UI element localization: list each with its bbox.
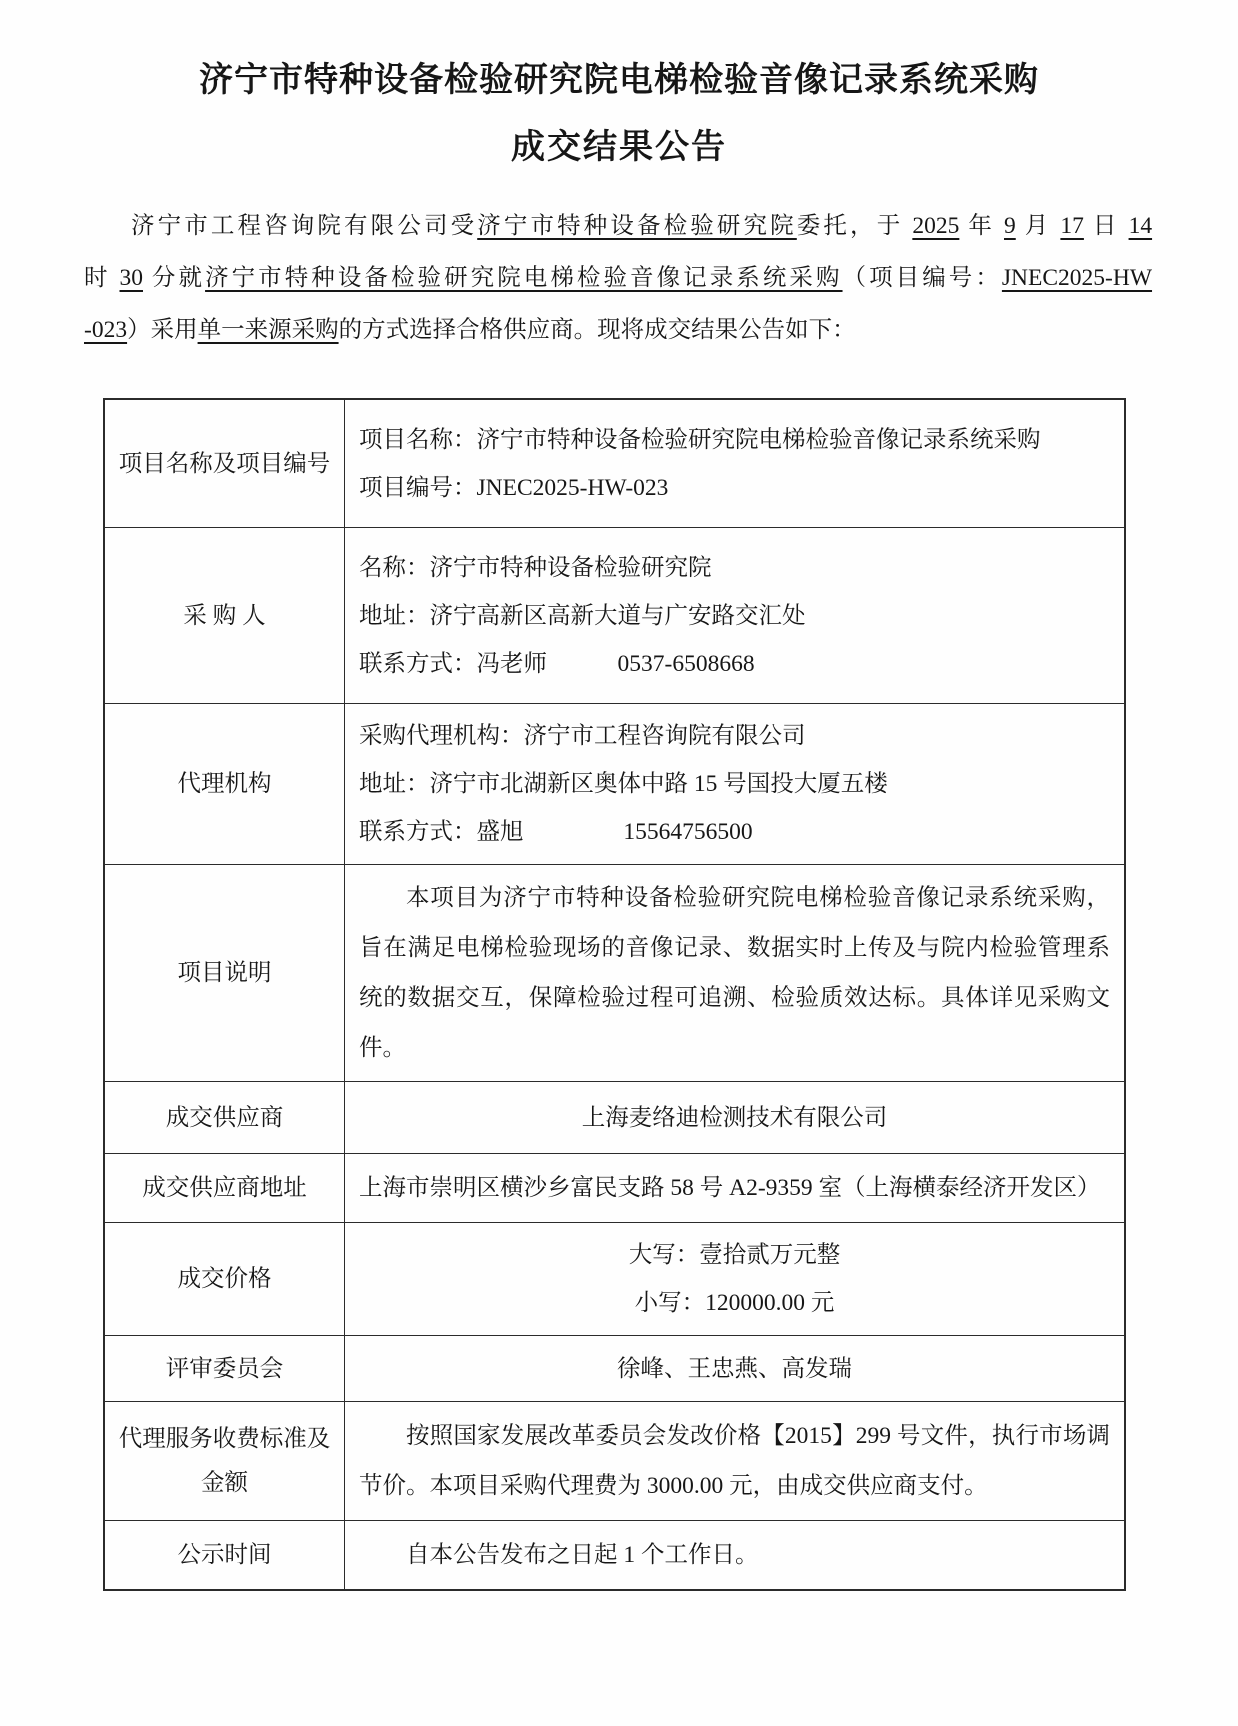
intro-underlined-text: 济宁市特种设备检验研究院 xyxy=(477,213,797,239)
price-in-words-line: 大写：壹拾贰万元整 xyxy=(629,1231,841,1279)
row-label: 公示时间 xyxy=(105,1521,345,1589)
row-label-text: 代理机构 xyxy=(178,762,272,806)
intro-text: 济宁市工程咨询院有限公司受 xyxy=(131,213,477,239)
document-title-line2: 成交结果公告 xyxy=(0,129,1238,167)
row-label: 采 购 人 xyxy=(105,528,345,703)
row-content: 本项目为济宁市特种设备检验研究院电梯检验音像记录系统采购，旨在满足电梯检验现场的… xyxy=(345,865,1124,1081)
intro-text: 的方式选择合格供应商。现将成交结果公告如下： xyxy=(339,317,856,343)
agency-contact-line: 联系方式：盛旭 15564756500 xyxy=(359,808,1110,856)
row-label: 代理机构 xyxy=(105,704,345,864)
document-page: 济宁市特种设备检验研究院电梯检验音像记录系统采购 成交结果公告 济宁市工程咨询院… xyxy=(0,0,1238,1726)
table-row-review-committee: 评审委员会 徐峰、王忠燕、高发瑞 xyxy=(105,1335,1124,1401)
row-label-text: 代理服务收费标准及 金额 xyxy=(119,1417,331,1505)
result-table: 项目名称及项目编号 项目名称：济宁市特种设备检验研究院电梯检验音像记录系统采购 … xyxy=(103,398,1126,1591)
intro-underlined-text: 17 xyxy=(1060,213,1084,239)
table-row-project-description: 项目说明 本项目为济宁市特种设备检验研究院电梯检验音像记录系统采购，旨在满足电梯… xyxy=(105,864,1124,1081)
document-title-line1: 济宁市特种设备检验研究院电梯检验音像记录系统采购 xyxy=(0,62,1238,100)
intro-underlined-text: -023 xyxy=(84,317,127,343)
project-description-paragraph: 本项目为济宁市特种设备检验研究院电梯检验音像记录系统采购，旨在满足电梯检验现场的… xyxy=(359,873,1110,1073)
table-row-supplier-address: 成交供应商地址 上海市崇明区横沙乡富民支路 58 号 A2-9359 室（上海横… xyxy=(105,1153,1124,1222)
intro-underlined-text: 单一来源采购 xyxy=(198,317,339,343)
row-label: 项目名称及项目编号 xyxy=(105,400,345,527)
row-content: 按照国家发展改革委员会发改价格【2015】299 号文件，执行市场调节价。本项目… xyxy=(345,1402,1124,1520)
row-label-text: 成交供应商地址 xyxy=(142,1166,307,1210)
table-row-purchaser: 采 购 人 名称：济宁市特种设备检验研究院 地址：济宁高新区高新大道与广安路交汇… xyxy=(105,527,1124,703)
row-label-text: 项目说明 xyxy=(178,951,272,995)
project-name-line: 项目名称：济宁市特种设备检验研究院电梯检验音像记录系统采购 xyxy=(359,416,1110,464)
table-row-agency: 代理机构 采购代理机构：济宁市工程咨询院有限公司 地址：济宁市北湖新区奥体中路 … xyxy=(105,703,1124,864)
purchaser-name-line: 名称：济宁市特种设备检验研究院 xyxy=(359,544,1110,592)
row-label-text: 项目名称及项目编号 xyxy=(119,442,331,486)
intro-line-3: -023）采用单一来源采购的方式选择合格供应商。现将成交结果公告如下： xyxy=(84,304,1152,356)
row-label: 成交价格 xyxy=(105,1223,345,1335)
row-content: 徐峰、王忠燕、高发瑞 xyxy=(345,1336,1124,1401)
intro-underlined-text: 30 xyxy=(120,265,144,291)
agency-address-line: 地址：济宁市北湖新区奥体中路 15 号国投大厦五楼 xyxy=(359,760,1110,808)
agency-fee-paragraph: 按照国家发展改革委员会发改价格【2015】299 号文件，执行市场调节价。本项目… xyxy=(359,1411,1110,1511)
table-row-deal-price: 成交价格 大写：壹拾贰万元整 小写：120000.00 元 xyxy=(105,1222,1124,1335)
row-label: 成交供应商地址 xyxy=(105,1154,345,1222)
intro-text: （项目编号： xyxy=(843,265,1002,291)
intro-line-1: 济宁市工程咨询院有限公司受济宁市特种设备检验研究院委托，于 2025 年 9 月… xyxy=(84,200,1152,252)
intro-underlined-text: 14 xyxy=(1129,213,1153,239)
intro-text: 年 xyxy=(959,213,1004,239)
row-content: 项目名称：济宁市特种设备检验研究院电梯检验音像记录系统采购 项目编号：JNEC2… xyxy=(345,400,1124,527)
row-content: 大写：壹拾贰万元整 小写：120000.00 元 xyxy=(345,1223,1124,1335)
price-in-figures-line: 小写：120000.00 元 xyxy=(635,1279,835,1327)
purchaser-contact-line: 联系方式：冯老师 0537-6508668 xyxy=(359,640,1110,688)
supplier-address-line: 上海市崇明区横沙乡富民支路 58 号 A2-9359 室（上海横泰经济开发区） xyxy=(359,1164,1110,1212)
intro-text: ）采用 xyxy=(127,317,198,343)
intro-underlined-text: JNEC2025-HW xyxy=(1002,265,1152,291)
row-label-text: 成交供应商 xyxy=(166,1096,284,1140)
table-row-agency-fee: 代理服务收费标准及 金额 按照国家发展改革委员会发改价格【2015】299 号文… xyxy=(105,1401,1124,1520)
intro-text: 委托，于 xyxy=(797,213,913,239)
publicity-period-line: 自本公告发布之日起 1 个工作日。 xyxy=(359,1531,1110,1579)
row-label: 评审委员会 xyxy=(105,1336,345,1401)
row-label: 项目说明 xyxy=(105,865,345,1081)
intro-underlined-text: 9 xyxy=(1004,213,1016,239)
agency-name-line: 采购代理机构：济宁市工程咨询院有限公司 xyxy=(359,712,1110,760)
row-label-text: 公示时间 xyxy=(178,1533,272,1577)
committee-members-line: 徐峰、王忠燕、高发瑞 xyxy=(617,1345,852,1393)
intro-text: 分就 xyxy=(143,265,205,291)
row-label: 代理服务收费标准及 金额 xyxy=(105,1402,345,1520)
row-content: 名称：济宁市特种设备检验研究院 地址：济宁高新区高新大道与广安路交汇处 联系方式… xyxy=(345,528,1124,703)
intro-underlined-text: 2025 xyxy=(912,213,959,239)
row-content: 上海市崇明区横沙乡富民支路 58 号 A2-9359 室（上海横泰经济开发区） xyxy=(345,1154,1124,1222)
table-row-publicity-period: 公示时间 自本公告发布之日起 1 个工作日。 xyxy=(105,1520,1124,1589)
row-label-text: 评审委员会 xyxy=(166,1347,284,1391)
intro-text: 月 xyxy=(1016,213,1061,239)
purchaser-address-line: 地址：济宁高新区高新大道与广安路交汇处 xyxy=(359,592,1110,640)
row-content: 自本公告发布之日起 1 个工作日。 xyxy=(345,1521,1124,1589)
row-label: 成交供应商 xyxy=(105,1082,345,1153)
project-number-line: 项目编号：JNEC2025-HW-023 xyxy=(359,464,1110,512)
winning-supplier-name: 上海麦络迪检测技术有限公司 xyxy=(582,1094,888,1142)
intro-text: 日 xyxy=(1084,213,1129,239)
table-row-project-name-and-number: 项目名称及项目编号 项目名称：济宁市特种设备检验研究院电梯检验音像记录系统采购 … xyxy=(105,400,1124,527)
intro-underlined-text: 济宁市特种设备检验研究院电梯检验音像记录系统采购 xyxy=(205,265,842,291)
row-content: 采购代理机构：济宁市工程咨询院有限公司 地址：济宁市北湖新区奥体中路 15 号国… xyxy=(345,704,1124,864)
row-label-text: 采 购 人 xyxy=(183,594,265,638)
row-content: 上海麦络迪检测技术有限公司 xyxy=(345,1082,1124,1153)
table-row-winning-supplier: 成交供应商 上海麦络迪检测技术有限公司 xyxy=(105,1081,1124,1153)
row-label-text: 成交价格 xyxy=(178,1257,272,1301)
title-block: 济宁市特种设备检验研究院电梯检验音像记录系统采购 成交结果公告 xyxy=(0,0,1238,167)
intro-line-2: 时 30 分就济宁市特种设备检验研究院电梯检验音像记录系统采购（项目编号：JNE… xyxy=(84,252,1152,304)
intro-paragraph: 济宁市工程咨询院有限公司受济宁市特种设备检验研究院委托，于 2025 年 9 月… xyxy=(84,200,1152,356)
intro-text: 时 xyxy=(84,265,120,291)
